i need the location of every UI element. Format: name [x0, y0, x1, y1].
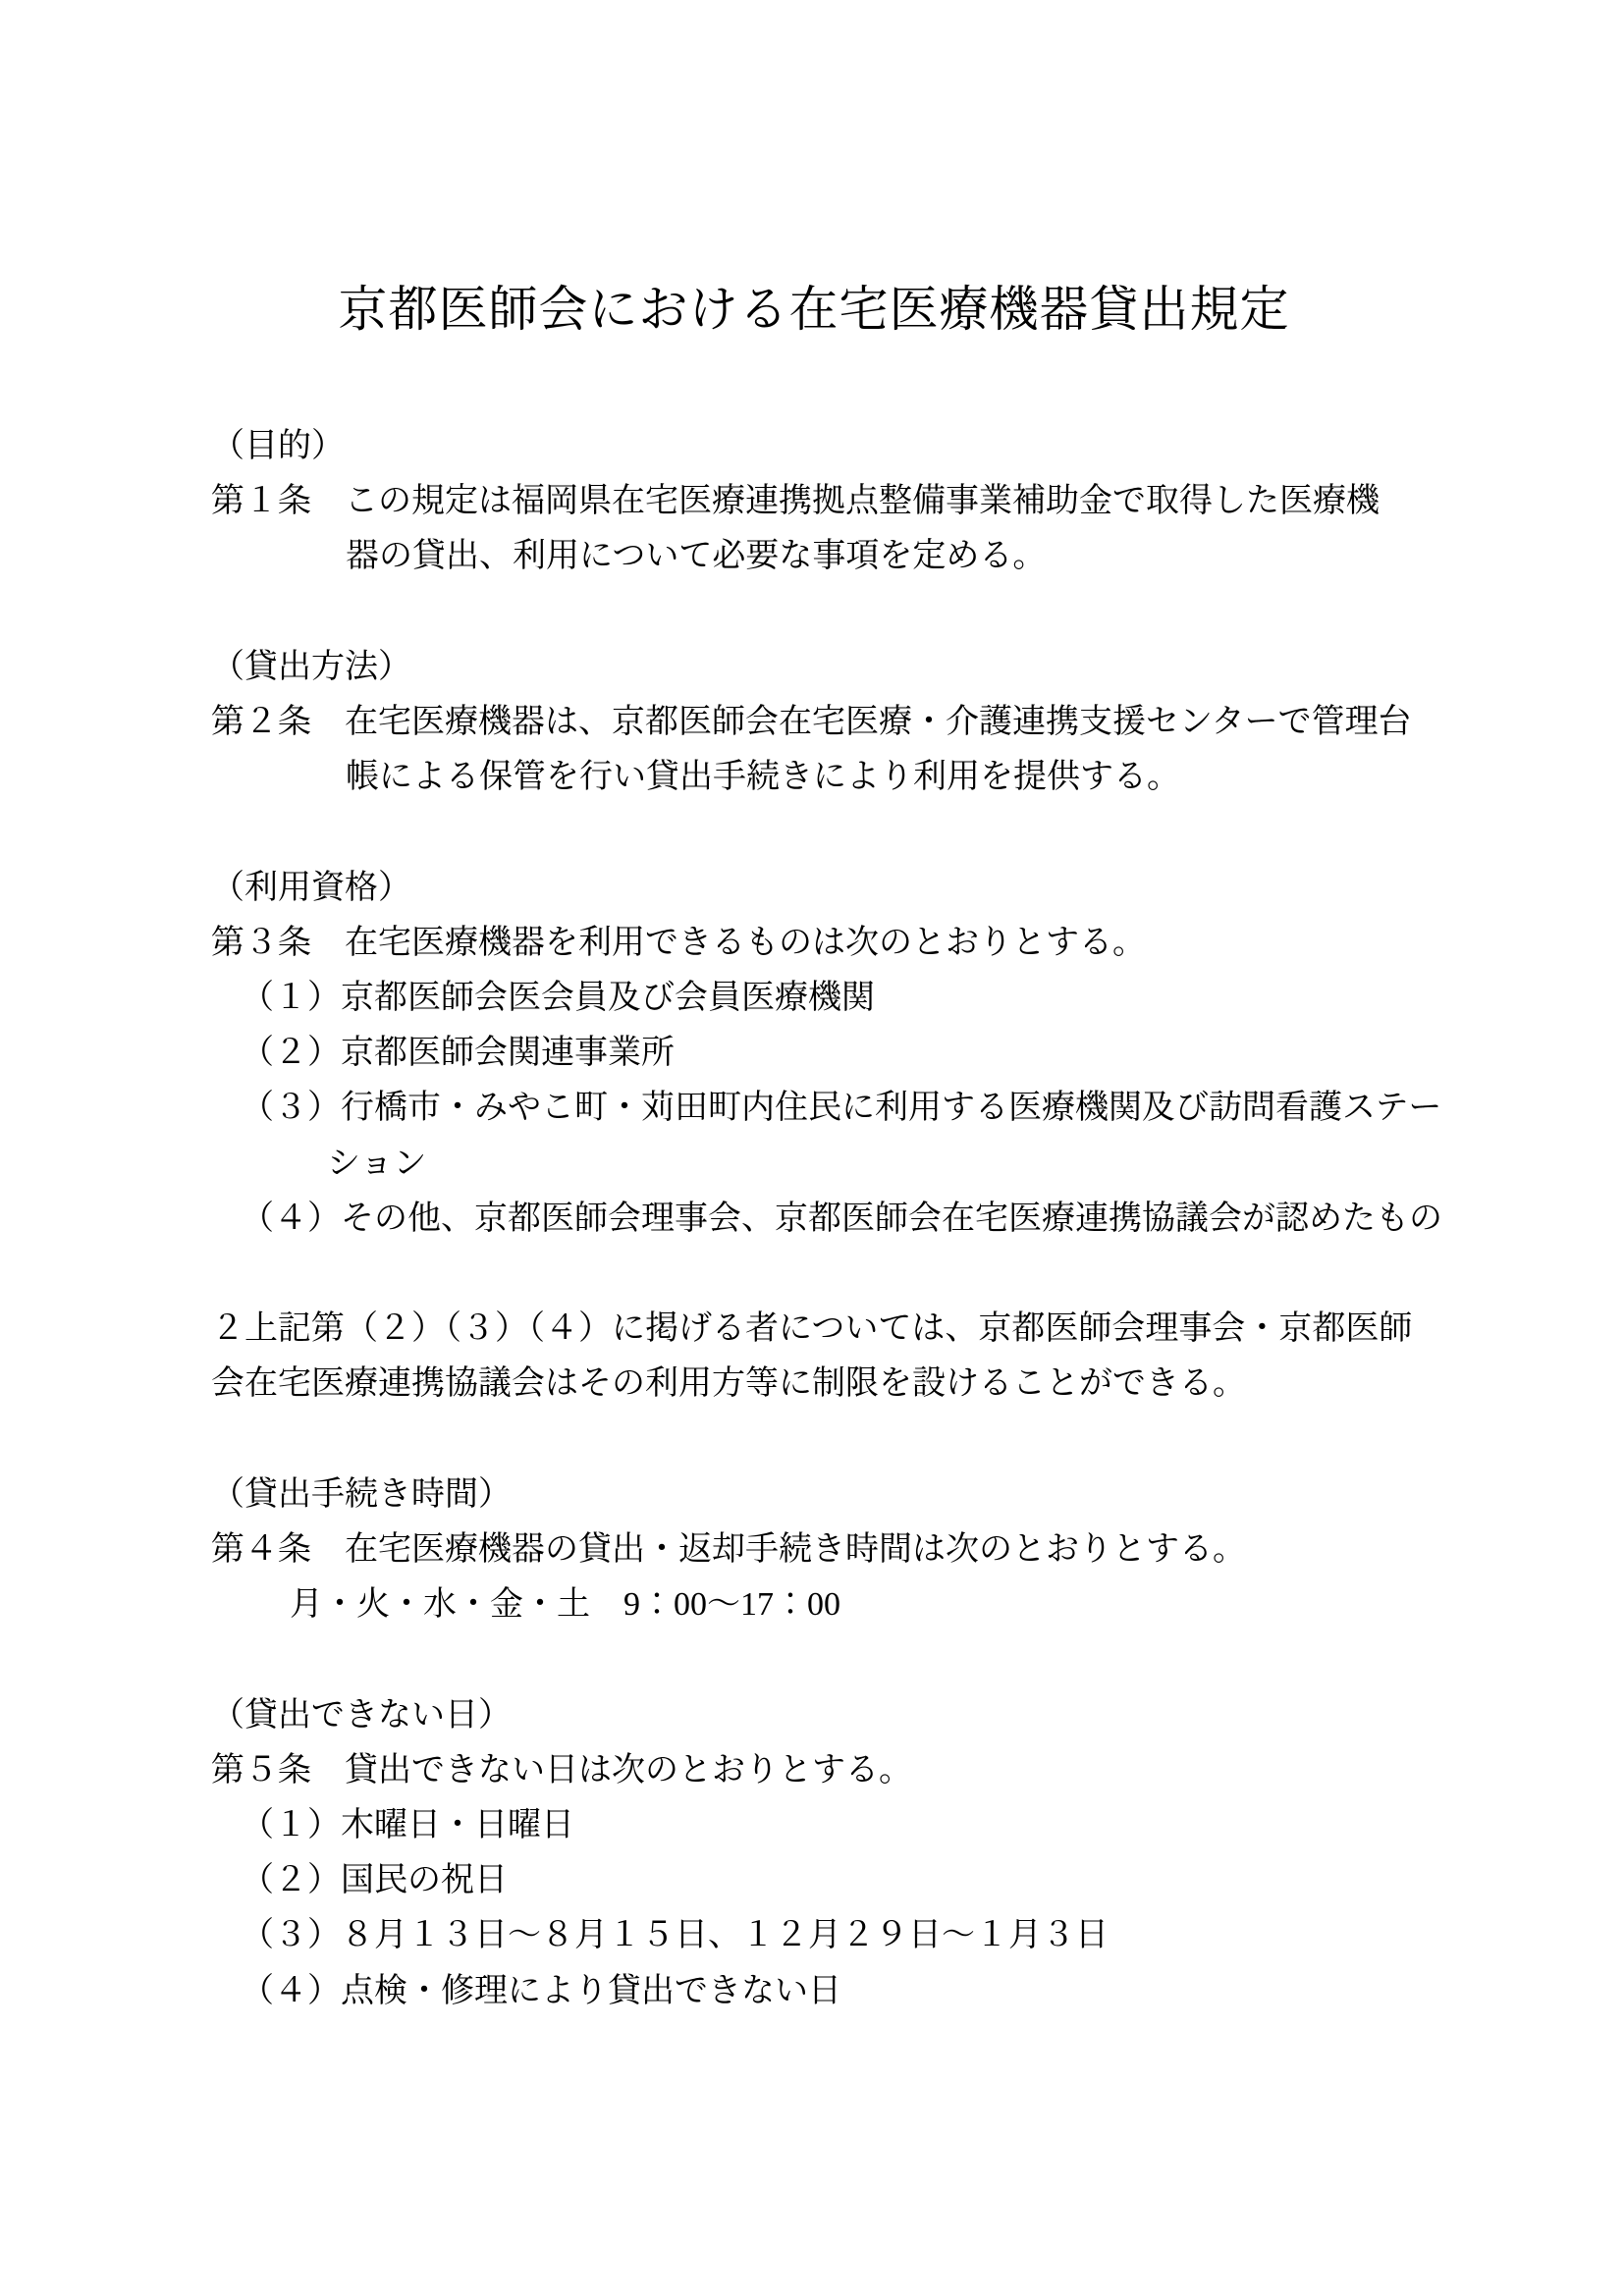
section-heading: （貸出手続き時間）: [211, 1468, 1417, 1522]
body-line: （１）木曜日・日曜日: [211, 1798, 1417, 1853]
body-line: （４）その他、京都医師会理事会、京都医師会在宅医療連携協議会が認めたもの: [211, 1192, 1417, 1247]
body-line: 第１条 この規定は福岡県在宅医療連携拠点整備事業補助金で取得した医療機: [211, 474, 1417, 529]
document-page: 京都医師会における在宅医療機器貸出規定 （目的）第１条 この規定は福岡県在宅医療…: [0, 0, 1624, 2296]
document-title: 京都医師会における在宅医療機器貸出規定: [211, 282, 1417, 337]
blank-line: [211, 585, 1417, 640]
section-heading: （貸出方法）: [211, 640, 1417, 695]
body-line: 第３条 在宅医療機器を利用できるものは次のとおりとする。: [211, 916, 1417, 971]
body-line: （３）行橋市・みやこ町・苅田町内住民に利用する医療機関及び訪問看護ステー: [211, 1081, 1417, 1136]
document-body: （目的）第１条 この規定は福岡県在宅医療連携拠点整備事業補助金で取得した医療機器…: [211, 419, 1417, 2019]
section-heading: （利用資格）: [211, 861, 1417, 916]
body-line: ション: [211, 1137, 1417, 1192]
section-heading: （貸出できない日）: [211, 1688, 1417, 1743]
blank-line: [211, 1413, 1417, 1468]
body-line: 第４条 在宅医療機器の貸出・返却手続き時間は次のとおりとする。: [211, 1522, 1417, 1577]
document-content: 京都医師会における在宅医療機器貸出規定 （目的）第１条 この規定は福岡県在宅医療…: [211, 282, 1417, 2019]
body-line: （２）国民の祝日: [211, 1853, 1417, 1908]
body-line: 第２条 在宅医療機器は、京都医師会在宅医療・介護連携支援センターで管理台: [211, 695, 1417, 750]
body-line: 月・火・水・金・土 9：00～17：00: [211, 1577, 1417, 1632]
body-line: 帳による保管を行い貸出手続きにより利用を提供する。: [211, 750, 1417, 805]
body-line: 会在宅医療連携協議会はその利用方等に制限を設けることができる。: [211, 1357, 1417, 1412]
body-line: 第５条 貸出できない日は次のとおりとする。: [211, 1743, 1417, 1798]
body-line: （２）京都医師会関連事業所: [211, 1026, 1417, 1081]
body-line: 器の貸出、利用について必要な事項を定める。: [211, 529, 1417, 584]
section-heading: （目的）: [211, 419, 1417, 474]
blank-line: [211, 1632, 1417, 1687]
body-line: （１）京都医師会医会員及び会員医療機関: [211, 971, 1417, 1026]
body-line: （３）８月１３日～８月１５日、１２月２９日～１月３日: [211, 1908, 1417, 1963]
blank-line: [211, 1247, 1417, 1302]
blank-line: [211, 805, 1417, 860]
body-line: ２上記第（２）（３）（４）に掲げる者については、京都医師会理事会・京都医師: [211, 1302, 1417, 1357]
body-line: （４）点検・修理により貸出できない日: [211, 1964, 1417, 2019]
